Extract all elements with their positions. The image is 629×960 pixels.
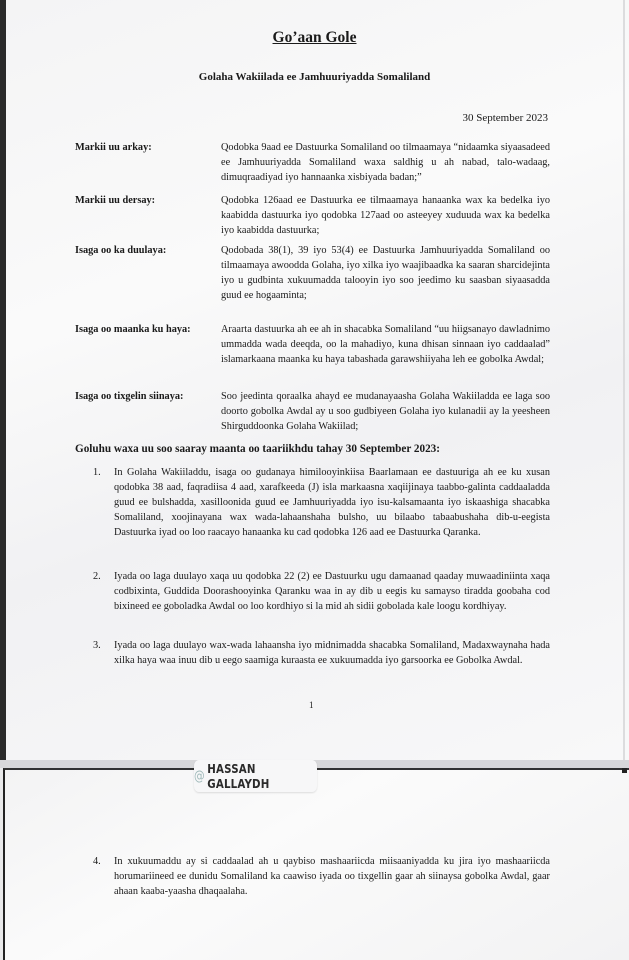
clause-label: Isaga oo ka duulaya: xyxy=(75,243,166,258)
item-number: 1. xyxy=(93,465,101,480)
watermark-badge: @ HASSAN GALLAYDH xyxy=(194,760,317,792)
item-text: In xukuumaddu ay si caddaalad ah u qaybi… xyxy=(114,854,550,899)
clause-text: Qodobada 38(1), 39 iyo 53(4) ee Dastuurk… xyxy=(221,243,550,303)
item-text: Iyada oo laga duulayo wax-wada lahaansha… xyxy=(114,638,550,668)
item-number: 3. xyxy=(93,638,101,653)
resolution-item-1: 1. In Golaha Wakiiladdu, isaga oo gudana… xyxy=(93,465,550,540)
resolution-item-2: 2. Iyada oo laga duulayo xaqa uu qodobka… xyxy=(93,569,550,614)
item-number: 2. xyxy=(93,569,101,584)
clause-isaga-oo-maanka-ku-haya: Isaga oo maanka ku haya: Araarta dastuur… xyxy=(75,322,550,367)
resolution-heading: Goluhu waxa uu soo saaray maanta oo taar… xyxy=(75,443,440,455)
clause-text: Qodobka 126aad ee Dastuurka ee tilmaamay… xyxy=(221,193,550,238)
document-subtitle: Golaha Wakiilada ee Jamhuuriyadda Somali… xyxy=(0,71,629,83)
clause-label: Markii uu dersay: xyxy=(75,193,155,208)
clause-text: Soo jeedinta qoraalka ahayd ee mudanayaa… xyxy=(221,389,550,434)
clause-label: Markii uu arkay: xyxy=(75,140,152,155)
clause-markii-uu-dersay: Markii uu dersay: Qodobka 126aad ee Dast… xyxy=(75,193,550,238)
document-title: Go’aan Gole xyxy=(0,29,629,47)
clause-label: Isaga oo tixgelin siinaya: xyxy=(75,389,183,404)
resolution-item-3: 3. Iyada oo laga duulayo wax-wada lahaan… xyxy=(93,638,550,668)
clause-text: Qodobka 9aad ee Dastuurka Somaliland oo … xyxy=(221,140,550,185)
item-number: 4. xyxy=(93,854,101,869)
item-text: Iyada oo laga duulayo xaqa uu qodobka 22… xyxy=(114,569,550,614)
watermark-text: HASSAN GALLAYDH xyxy=(207,761,317,791)
corner-mark xyxy=(622,768,627,773)
clause-label: Isaga oo maanka ku haya: xyxy=(75,322,191,337)
clause-isaga-oo-ka-duulaya: Isaga oo ka duulaya: Qodobada 38(1), 39 … xyxy=(75,243,550,303)
at-sign-icon: @ xyxy=(194,769,205,784)
page-number: 1 xyxy=(309,700,314,710)
document-date: 30 September 2023 xyxy=(462,112,548,124)
resolution-item-4: 4. In xukuumaddu ay si caddaalad ah u qa… xyxy=(93,854,550,899)
clause-isaga-oo-tixgelin-siinaya: Isaga oo tixgelin siinaya: Soo jeedinta … xyxy=(75,389,550,434)
clause-text: Araarta dastuurka ah ee ah in shacabka S… xyxy=(221,322,550,367)
item-text: In Golaha Wakiiladdu, isaga oo gudanaya … xyxy=(114,465,550,540)
clause-markii-uu-arkay: Markii uu arkay: Qodobka 9aad ee Dastuur… xyxy=(75,140,550,185)
